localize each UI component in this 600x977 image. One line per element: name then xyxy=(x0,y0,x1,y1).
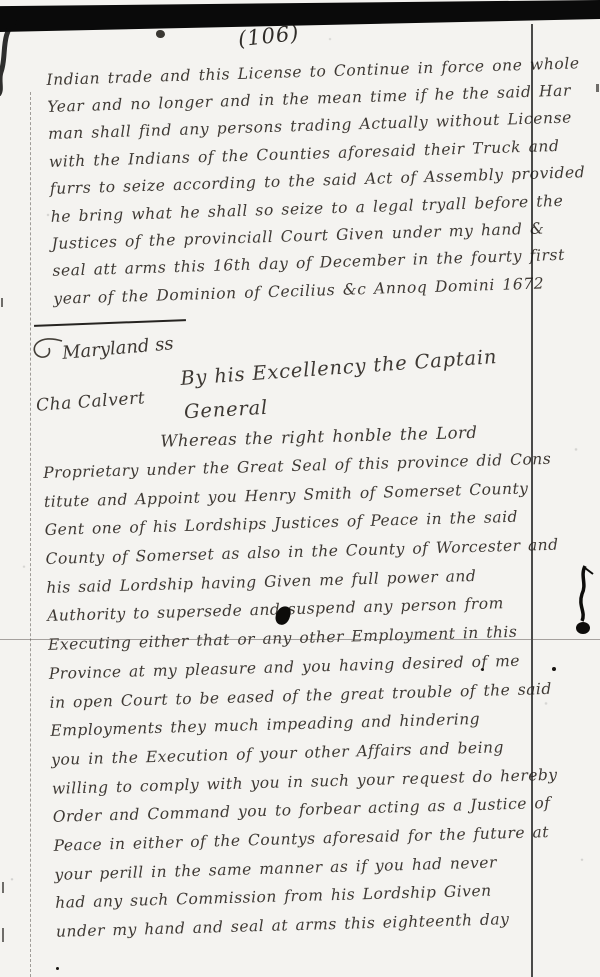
ink-blot xyxy=(156,30,165,38)
scan-edge-mark xyxy=(1,298,3,307)
signature-cha-calvert: Cha Calvert xyxy=(35,388,145,416)
ink-blot xyxy=(569,564,597,644)
paragraph-license-text: Indian trade and this License to Continu… xyxy=(46,50,553,312)
scan-edge-mark xyxy=(596,84,599,92)
flourish-swash-icon xyxy=(28,334,64,370)
manuscript-page: (106) Indian trade and this License to C… xyxy=(0,0,600,977)
right-margin-rule xyxy=(531,24,533,977)
place-label: Maryland ss xyxy=(61,333,174,364)
section-divider-stroke xyxy=(34,319,186,327)
scan-edge-band xyxy=(0,0,600,34)
page-number: (106) xyxy=(237,21,301,51)
book-spine-curl xyxy=(0,18,20,100)
paragraph-commission-text: Whereas the right honble the Lord Propri… xyxy=(42,416,561,946)
left-margin-rule xyxy=(30,92,31,977)
scan-edge-mark xyxy=(2,882,4,893)
horizontal-fold-line xyxy=(0,639,600,640)
ink-speck xyxy=(56,967,59,970)
authority-heading-line2: General xyxy=(183,396,268,423)
ink-speck xyxy=(481,668,484,671)
ink-speck xyxy=(552,667,556,671)
scan-edge-mark xyxy=(2,928,4,942)
authority-heading-line1: By his Excellency the Captain xyxy=(180,345,498,390)
